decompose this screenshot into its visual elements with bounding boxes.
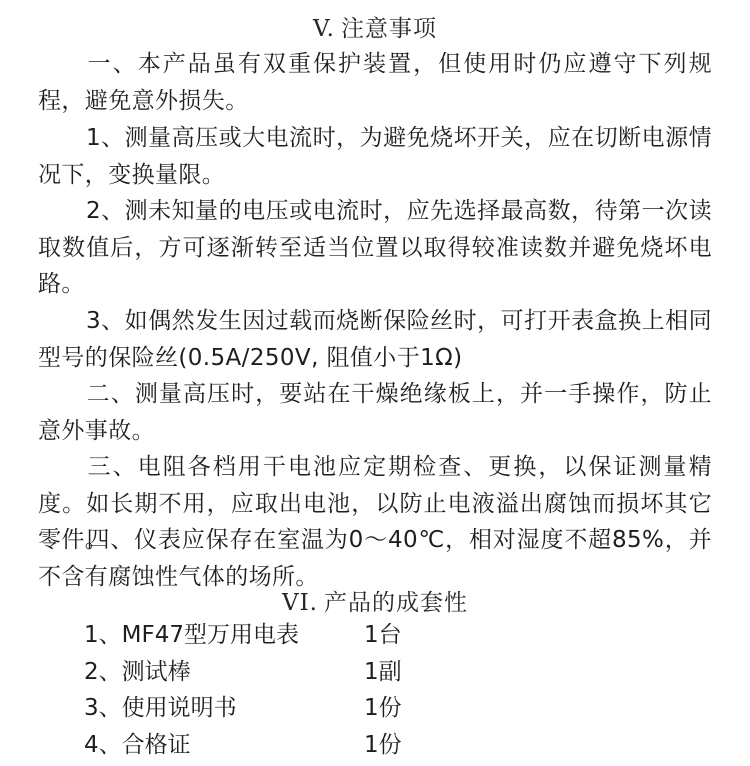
package-contents-list: 1、MF47型万用电表 1台 2、测试棒 1副 3、使用说明书 1份 4、合格证… xyxy=(84,617,584,763)
list-item: 3、使用说明书 1份 xyxy=(84,690,584,727)
paragraph-storage-conditions: 四、仪表应保存在室温为0～40℃，相对湿度不超85%，并不含有腐蚀性气体的场所。 xyxy=(38,522,712,595)
paragraph-high-voltage-safety: 二、测量高压时，要站在干燥绝缘板上，并一手操作，防止意外事故。 xyxy=(38,376,712,449)
list-item: 1、MF47型万用电表 1台 xyxy=(84,617,584,654)
kit-item-quantity: 1台 xyxy=(364,617,402,654)
section-vi-title: 产品的成套性 xyxy=(324,590,468,616)
kit-item-quantity: 1份 xyxy=(364,690,402,727)
section-vi-number: VI. xyxy=(282,590,318,616)
list-item: 4、合格证 1份 xyxy=(84,727,584,764)
list-item: 2、测试棒 1副 xyxy=(84,654,584,691)
kit-item-quantity: 1份 xyxy=(364,727,402,764)
section-v-title: 注意事项 xyxy=(341,16,437,42)
section-v-heading: V.注意事项 xyxy=(0,14,750,44)
section-vi-heading: VI.产品的成套性 xyxy=(0,588,750,618)
document-page: V.注意事项 一、本产品虽有双重保护装置，但使用时仍应遵守下列规程，避免意外损失… xyxy=(0,0,750,766)
kit-item-name: 3、使用说明书 xyxy=(84,690,237,727)
paragraph-general-precaution: 一、本产品虽有双重保护装置，但使用时仍应遵守下列规程，避免意外损失。 xyxy=(38,46,712,119)
kit-item-name: 4、合格证 xyxy=(84,727,191,764)
kit-item-quantity: 1副 xyxy=(364,654,402,691)
paragraph-item-2-unknown-measure: 2、测未知量的电压或电流时，应先选择最高数，待第一次读取数值后，方可逐渐转至适当… xyxy=(38,193,712,303)
paragraph-item-1-range-switch: 1、测量高压或大电流时，为避免烧坏开关，应在切断电源情况下，变换量限。 xyxy=(38,120,712,193)
kit-item-name: 1、MF47型万用电表 xyxy=(84,617,299,654)
paragraph-item-3-fuse: 3、如偶然发生因过载而烧断保险丝时，可打开表盒换上相同型号的保险丝(0.5A/2… xyxy=(38,303,712,376)
section-v-number: V. xyxy=(313,16,335,42)
kit-item-name: 2、测试棒 xyxy=(84,654,191,691)
